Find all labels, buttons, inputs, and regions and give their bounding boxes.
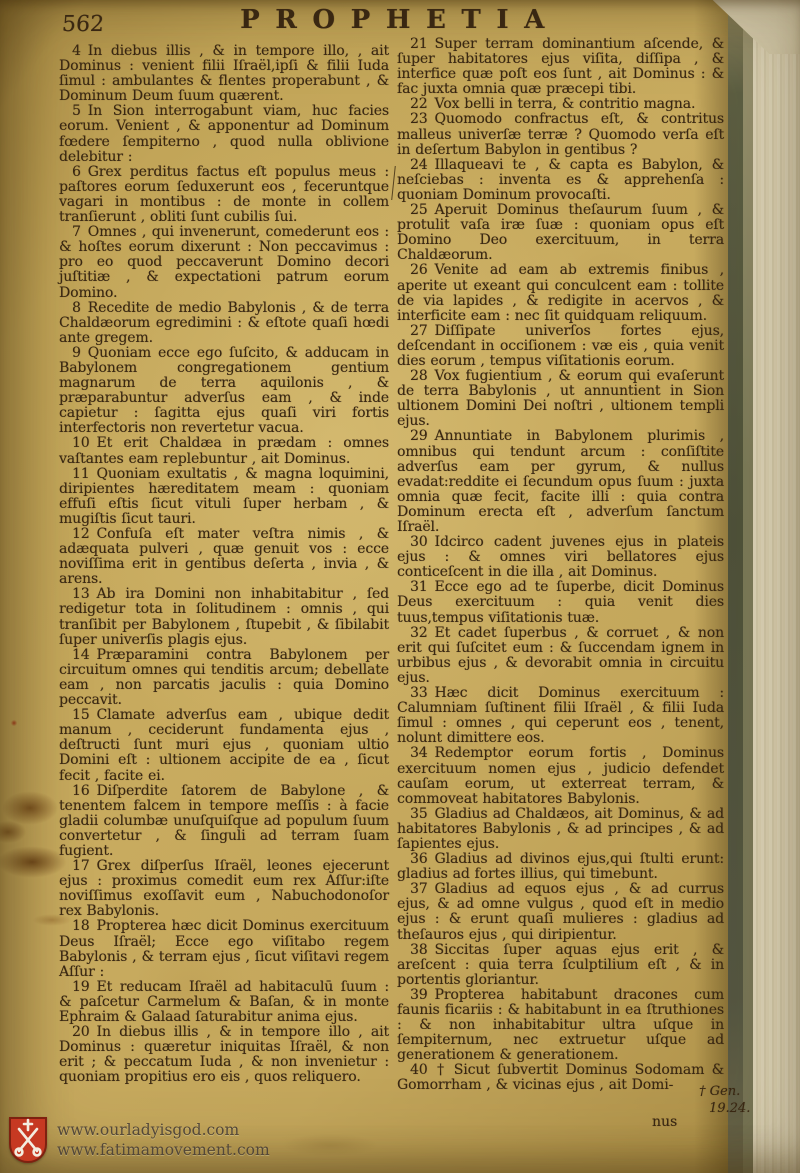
verse-paragraph: 7 Omnes , qui invenerunt, comederunt eos… [59, 225, 389, 300]
right-column: 21 Super terram dominantium aſcende, & ſ… [397, 37, 724, 1094]
verse-paragraph: 35 Gladius ad Chaldæos, ait Dominus, & a… [397, 807, 724, 852]
page-title: PROPHETIA [150, 5, 650, 35]
verse-paragraph: 5 In Sion interrogabunt viam, huc facies… [59, 104, 389, 164]
left-column: 4 In diebus illis , & in tempore illo, ,… [59, 44, 389, 1085]
verse-paragraph: 32 Et cadet ſuperbus , & corruet , & non… [397, 626, 724, 686]
margin-note: † Gen. 19.24. [699, 1083, 777, 1117]
verse-paragraph: 8 Recedite de medio Babylonis , & de ter… [59, 301, 389, 346]
verse-paragraph: 11 Quoniam exultatis , & magna loquimini… [59, 467, 389, 527]
verse-paragraph: 24 Illaqueavi te , & capta es Babylon, &… [397, 158, 724, 203]
catchword: nus [652, 1114, 677, 1130]
verse-paragraph: 4 In diebus illis , & in tempore illo, ,… [59, 44, 389, 104]
verse-paragraph: 36 Gladius ad divinos ejus,qui ſtulti er… [397, 852, 724, 882]
verse-paragraph: 14 Præparamini contra Babylonem per circ… [59, 648, 389, 708]
verse-paragraph: 15 Clamate adverſus eam , ubique dedit m… [59, 708, 389, 783]
verse-paragraph: 18 Propterea hæc dicit Dominus exercituu… [59, 919, 389, 979]
watermark: www.ourladyisgod.com www.fatimamovement.… [8, 1116, 270, 1164]
verse-paragraph: 13 Ab ira Domini non inhabitabitur , ſed… [59, 587, 389, 647]
verse-paragraph: 6 Grex perditus factus eſt populus meus … [59, 165, 389, 225]
verse-paragraph: 20 In diebus illis , & in tempore illo ,… [59, 1025, 389, 1085]
book-photo: { "page": { "number": "562", "header": "… [0, 0, 800, 1173]
margin-note-reference: † Gen. [699, 1083, 777, 1100]
watermark-url-2: www.fatimamovement.com [57, 1140, 270, 1160]
verse-paragraph: 21 Super terram dominantium aſcende, & ſ… [397, 37, 724, 97]
verse-paragraph: 38 Siccitas ſuper aquas ejus erit , & ar… [397, 943, 724, 988]
crossed-keys-shield-icon [8, 1116, 48, 1164]
verse-paragraph: 29 Annuntiate in Babylonem plurimis , om… [397, 429, 724, 535]
verse-paragraph: 23 Quomodo confractus eſt, & contritus m… [397, 112, 724, 157]
verse-paragraph: 26 Venite ad eam ab extremis finibus , a… [397, 263, 724, 323]
book-fore-edge-dark [728, 0, 743, 1173]
verse-paragraph: 33 Hæc dicit Dominus exercituum : Calumn… [397, 686, 724, 746]
book-fore-edge-mid [743, 0, 753, 1173]
margin-note-verse: 19.24. [699, 1100, 777, 1117]
page-number: 562 [61, 12, 105, 37]
verse-paragraph: 9 Quoniam ecce ego ſuſcito, & adducam in… [59, 346, 389, 437]
verse-paragraph: 10 Et erit Chaldæa in prædam : omnes vaſ… [59, 436, 389, 466]
watermark-urls: www.ourladyisgod.com www.fatimamovement.… [57, 1120, 270, 1160]
verse-paragraph: 31 Ecce ego ad te ſuperbe, dicit Dominus… [397, 580, 724, 625]
verse-paragraph: 16 Diſperdite ſatorem de Babylone , & te… [59, 784, 389, 859]
verse-paragraph: 12 Confuſa eſt mater veſtra nimis , & ad… [59, 527, 389, 587]
verse-paragraph: 34 Redemptor eorum fortis , Dominus exer… [397, 746, 724, 806]
verse-paragraph: 37 Gladius ad equos ejus , & ad currus e… [397, 882, 724, 942]
verse-paragraph: 25 Aperuit Dominus theſaurum ſuum , & pr… [397, 203, 724, 263]
verse-paragraph: 17 Grex diſperſus Iſraël, leones ejeceru… [59, 859, 389, 919]
verse-paragraph: 30 Idcirco cadent juvenes ejus in platei… [397, 535, 724, 580]
book-fore-edge-pages [753, 0, 800, 1173]
verse-paragraph: 28 Vox fugientium , & eorum qui evaſerun… [397, 369, 724, 429]
watermark-url-1: www.ourladyisgod.com [57, 1120, 270, 1140]
verse-paragraph: 39 Propterea habitabunt dracones cum fau… [397, 988, 724, 1063]
verse-paragraph: 19 Et reducam Iſraël ad habitaculū ſuum … [59, 980, 389, 1025]
verse-paragraph: 40 † Sicut ſubvertit Dominus Sodomam & G… [397, 1063, 724, 1093]
verse-paragraph: 27 Diſſipate univerſos fortes ejus, deſc… [397, 324, 724, 369]
verse-paragraph: 22 Vox belli in terra, & contritio magna… [397, 97, 724, 112]
